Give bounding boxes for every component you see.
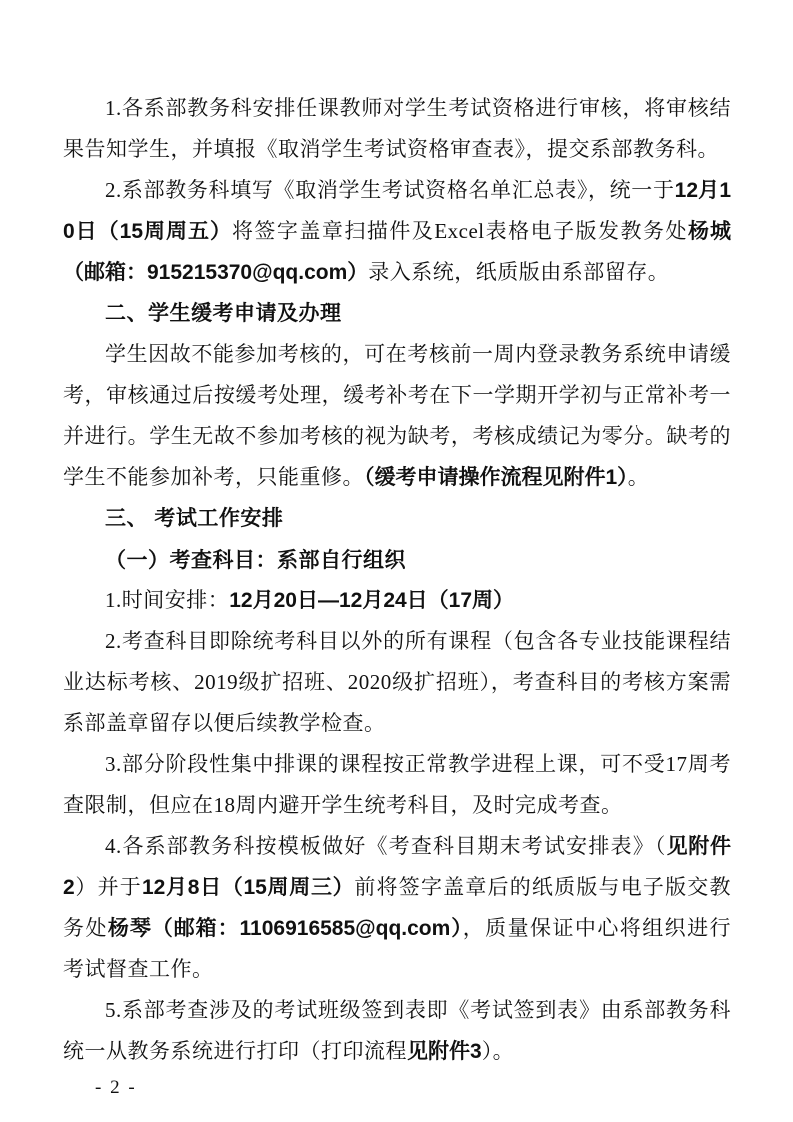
paragraph-item-3-4: 4.各系部教务科按模板做好《考查科目期末考试安排表》（见附件 2）并于12月8日…: [63, 826, 731, 990]
document-page: 1.各系部教务科安排任课教师对学生考试资格进行审核，将审核结果告知学生，并填报《…: [0, 0, 793, 1122]
page-number: - 2 -: [95, 1075, 731, 1101]
text-run: 录入系统，纸质版由系部留存。: [368, 260, 669, 284]
heading-text: 三、 考试工作安排: [105, 507, 283, 530]
paragraph-item-3-5: 5.系部考查涉及的考试班级签到表即《考试签到表》由系部教务科统一从教务系统进行打…: [63, 990, 731, 1072]
text-run: 5.系部考查涉及的考试班级签到表即《考试签到表》由系部教务科统一从教务系统进行打…: [63, 998, 731, 1063]
text-run-bold-attachment: （缓考申请操作流程见附件1）: [364, 466, 628, 489]
subheading-3-1: （一）考查科目：系部自行组织: [63, 539, 731, 580]
paragraph-item-2: 2.系部教务科填写《取消学生考试资格名单汇总表》，统一于12月10日（15周周五…: [63, 170, 731, 293]
document-body: 1.各系部教务科安排任课教师对学生考试资格进行审核，将审核结果告知学生，并填报《…: [0, 0, 793, 1101]
text-run: 4.各系部教务科按模板做好《考查科目期末考试安排表》（: [105, 834, 667, 858]
text-run: 1.各系部教务科安排任课教师对学生考试资格进行审核，将审核结果告知学生，并填报《…: [63, 96, 731, 161]
paragraph-item-3-2: 2.考查科目即除统考科目以外的所有课程（包含各专业技能课程结业达标考核、2019…: [63, 621, 731, 744]
text-run: ）并于: [75, 875, 142, 899]
text-run: 2.考查科目即除统考科目以外的所有课程（包含各专业技能课程结业达标考核、2019…: [63, 629, 731, 735]
heading-text: 二、学生缓考申请及办理: [105, 302, 342, 325]
paragraph-item-1: 1.各系部教务科安排任课教师对学生考试资格进行审核，将审核结果告知学生，并填报《…: [63, 88, 731, 170]
text-run-bold-date: 12月8日（15周周三）: [142, 876, 354, 899]
text-run: 将签字盖章扫描件及Excel表格电子版发教务处: [232, 219, 688, 243]
paragraph-deferral: 学生因故不能参加考核的，可在考核前一周内登录教务系统申请缓考，审核通过后按缓考处…: [63, 334, 731, 498]
text-run: ）。: [482, 1039, 515, 1063]
text-run: 3.部分阶段性集中排课的课程按正常教学进程上课，可不受17周考查限制，但应在18…: [63, 752, 731, 817]
text-run-bold-date: 12月20日—12月24日（17周）: [229, 589, 514, 612]
paragraph-item-3-3: 3.部分阶段性集中排课的课程按正常教学进程上课，可不受17周考查限制，但应在18…: [63, 744, 731, 826]
text-run: 1.时间安排：: [105, 588, 229, 612]
text-run-bold-attachment: 见附件3: [407, 1040, 482, 1063]
paragraph-item-3-1: 1.时间安排：12月20日—12月24日（17周）: [63, 580, 731, 621]
text-run-bold-contact: 杨琴（邮箱：1106916585@qq.com）: [108, 917, 463, 940]
text-run: 。: [628, 465, 650, 489]
heading-section-3: 三、 考试工作安排: [63, 498, 731, 539]
text-run: 2.系部教务科填写《取消学生考试资格名单汇总表》，统一于: [105, 178, 675, 202]
heading-section-2: 二、学生缓考申请及办理: [63, 293, 731, 334]
subheading-text: （一）考查科目：系部自行组织: [105, 547, 406, 572]
